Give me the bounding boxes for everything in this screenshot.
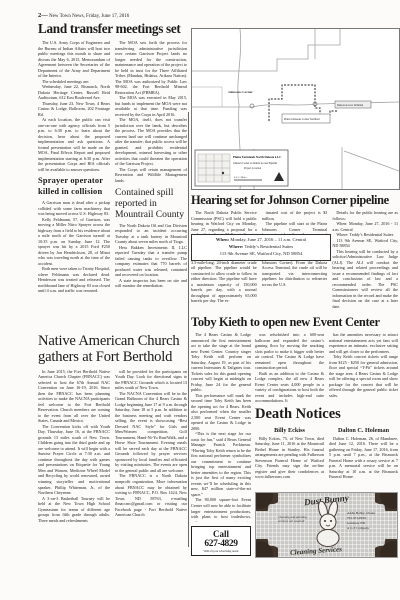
land-transfer-col2: The MOA sets forth the process for trans… (115, 40, 187, 327)
article-paragraph: The 4 Bears Casino & Lodge announced the… (191, 332, 251, 393)
call-advert: Call 627-4829 With all your advertising … (191, 526, 251, 556)
headline-hearing: Hearing set for Johnson Corner pipeline (191, 193, 398, 208)
obituary-name: Dalton C. Holeman (329, 427, 398, 434)
headline-death-notices: Death Notices (255, 406, 398, 423)
article-paragraph: Wednesday, June 22, Bismarck, North Dako… (38, 84, 110, 101)
dust-bunny-left-text: Cleaning and painting services are insur… (278, 515, 308, 524)
article-paragraph: This hearing will be conducted by a soli… (332, 249, 398, 310)
ornament-corner-icon (375, 539, 398, 558)
obituary-text: Billy Eckiss, 75, of New Town, died Satu… (255, 436, 324, 480)
hearing-col2: timated cost of the project is $3 millio… (262, 210, 328, 312)
headline-sprayer: Sprayer operator killed in collision (38, 176, 110, 198)
article-paragraph: The 80,000 square-foot Event Center will… (191, 497, 251, 522)
headline-toby: Toby Kieth to open new Event Center (191, 315, 398, 330)
obituary-dalton-holeman: Dalton C. Holeman Dalton C. Holeman, 26,… (329, 425, 398, 489)
call-advert-word: Call (193, 529, 249, 539)
article-paragraph: A state inspector has been on site and w… (115, 278, 187, 289)
article-paragraph: A Garrison man is dead after a pickup co… (38, 200, 110, 217)
article-paragraph: In June 2015, the Fort Berthold Native A… (38, 369, 110, 424)
inset-subtitle: Johnson Corner to Dakota Access Pipeline (233, 162, 278, 165)
article-paragraph: “This is the next stage for our oasis fo… (191, 431, 251, 497)
article-paragraph: When: Monday, June 27, 2016 - 11 a.m. Ce… (332, 221, 398, 232)
article-paragraph: Built as an addition to the Casino & Lod… (255, 371, 324, 404)
article-paragraph: Hess Bakken Investments II, LLC reported… (115, 245, 187, 278)
ornament-corner-icon (255, 539, 278, 558)
obituary-text: Dalton C. Holeman, 26, of Mandaree, died… (329, 436, 398, 480)
article-paragraph: The MOA was executed in May 2015, but fu… (115, 95, 187, 117)
land-transfer-col1: The U.S. Army Corps of Engineers and the… (38, 40, 110, 327)
article-paragraph: The North Dakota Oil and Gas Division re… (115, 223, 187, 245)
issue-line: New Town News, Friday, June 17, 2016 (49, 14, 129, 19)
inset-caption: Project Location (244, 167, 262, 170)
article-paragraph: will be provided for the participants on… (115, 369, 187, 391)
hearing-infobox: When: Monday, June 27, 2016 – 11 a.m. Ce… (191, 234, 331, 261)
toby-col1: The 4 Bears Casino & Lodge announced the… (191, 332, 251, 564)
article-paragraph: The U.S. Army Corps of Engineers and the… (38, 40, 110, 79)
headline-spill: Contained spill reported in Mountrail Co… (115, 187, 187, 220)
inset-scale: 0 0.5 1 Miles (234, 176, 247, 179)
hearing-col1: The North Dakota Public Service Commissi… (191, 210, 257, 312)
toby-col3: has the amenities necessary to attract n… (329, 332, 398, 404)
article-paragraph: Details for the public hearing are as fo… (332, 210, 398, 221)
article-paragraph: Where: Teddy’s Residential Suites (332, 232, 398, 238)
dust-bunny-advert: Dust Bunny Cleaning and painting service… (255, 492, 398, 558)
article-paragraph: Kelly Feldmann, 57, of Garrison, was mov… (38, 217, 110, 267)
call-advert-tagline: With all your advertising needs (193, 550, 249, 553)
headline-land-transfer: Land transfer meetings set (38, 21, 187, 37)
page-number: 2— (38, 12, 48, 19)
article-paragraph: The MOA sets forth the process for trans… (115, 40, 187, 95)
folio-line: 2— New Town News, Friday, June 17, 2016 (38, 12, 187, 19)
map-label-junction: Johnsons Corner (228, 90, 253, 94)
nac-col1: In June 2015, the Fort Berthold Native A… (38, 369, 110, 537)
dust-bunny-subtitle: Cleaning Services (290, 545, 342, 557)
hearing-col3: Details for the public hearing are as fo… (332, 210, 398, 312)
article-paragraph: has the amenities necessary to attract n… (329, 332, 398, 354)
article-paragraph: Thursday, June 23, New Town, 4 Bears Cas… (38, 101, 110, 118)
article-paragraph: The Corps will retain management of Recr… (115, 167, 187, 184)
toby-col2: was refurbished into a 600-seat ballroom… (255, 332, 324, 404)
article-paragraph: At each location, the public can visit o… (38, 117, 110, 172)
map-label-start: Plains Johnsons Corner Terminal (284, 118, 320, 121)
rabbit-icon (311, 501, 345, 547)
article-paragraph: Both men were taken to Trinity Hospital,… (38, 266, 110, 294)
article-paragraph: Toby Keith concert tickets will range fr… (329, 354, 398, 398)
article-paragraph: A 3-on-3 Basketball Tourney will be held… (38, 496, 110, 524)
ornament-corner-icon (375, 492, 398, 511)
article-paragraph: The MOA, itself, does not transfer juris… (115, 117, 187, 167)
inset-title: Plains Terminals North Dakota LLC (233, 155, 281, 159)
article-paragraph: The FBNACC is a North Dakota nonprofit o… (115, 473, 187, 517)
call-advert-phone: 627-4829 (193, 539, 249, 549)
nac-col2: will be provided for the participants on… (115, 369, 187, 537)
newspaper-page: 2— New Town News, Friday, June 17, 2016 … (0, 0, 400, 600)
map-inset-legend: Plains Terminals North Dakota LLC Johnso… (195, 150, 288, 186)
right-column-block: Johnsons Corner Plains Johnsons Corner T… (191, 12, 398, 564)
article-paragraph: was refurbished into a 600-seat ballroom… (255, 332, 324, 371)
ornament-corner-icon (255, 492, 278, 511)
article-paragraph: The NACNA Convention will be in the Gran… (115, 391, 187, 474)
article-paragraph: The Convention kicks off with Youth Day,… (38, 424, 110, 496)
article-paragraph: timated cost of the project is $3 millio… (262, 210, 328, 221)
article-paragraph: 113 9th Avenue SE, Watford City, ND 5885… (332, 238, 398, 249)
pipeline-map: Johnsons Corner Plains Johnsons Corner T… (191, 28, 400, 190)
article-paragraph: This performance will mark the second ti… (191, 393, 251, 432)
pipeline-map-svg: Johnsons Corner Plains Johnsons Corner T… (192, 29, 399, 189)
obituary-name: Billy Eckiss (255, 427, 324, 434)
map-label-end: Dakota Access Terminal (337, 104, 363, 107)
obituary-billy-eckiss: Billy Eckiss Billy Eckiss, 75, of New To… (255, 425, 324, 489)
headline-nac: Native American Church gathers at Fort B… (38, 333, 187, 366)
left-column-block: 2— New Town News, Friday, June 17, 2016 … (38, 12, 187, 564)
dust-bunny-contact: Addie Bobby, Owner 701-371-0019 Garrison… (347, 511, 381, 531)
